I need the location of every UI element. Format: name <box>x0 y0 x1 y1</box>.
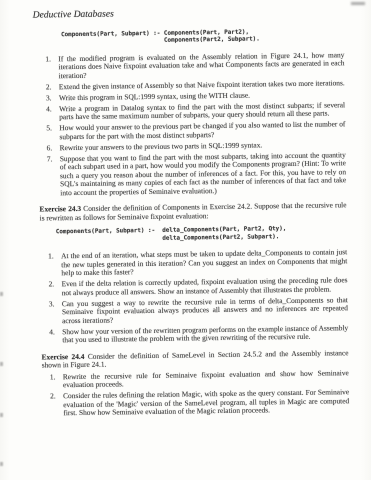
exercise-item: Rewrite the recursive rule for Seminaive… <box>50 369 349 390</box>
exercise-item: Show how your version of the rewritten p… <box>49 324 348 345</box>
exercise-24-4-question-list: Rewrite the recursive rule for Seminaive… <box>50 369 350 418</box>
page-content: Deductive Databases Components(Part, Sub… <box>0 3 371 427</box>
datalog-rule-delta-components: Components(Part, Subpart) :- delta_Compo… <box>56 225 347 244</box>
scanned-page: Deductive Databases Components(Part, Sub… <box>0 0 371 480</box>
exercise-item: If the modified program is evaluated on … <box>45 51 344 81</box>
exercise-24-3-question-list: At the end of an iteration, what steps m… <box>48 249 348 346</box>
datalog-rule-components: Components(Part, Subpart) :- Components(… <box>61 28 344 47</box>
exercise-item: Consider the rules defining the relation… <box>50 389 349 419</box>
exercise-24-3-intro: Consider the definition of Components in… <box>40 200 347 222</box>
exercise-24-2-question-list: If the modified program is evaluated on … <box>45 51 346 198</box>
exercise-item: Can you suggest a way to rewrite the rec… <box>49 296 348 326</box>
exercise-24-4-intro: Consider the definition of SameLevel in … <box>42 348 349 370</box>
exercise-item: Even if the delta relation is correctly … <box>48 277 347 298</box>
exercise-24-3-heading: Exercise 24.3 Consider the definition of… <box>39 201 346 222</box>
exercise-item: At the end of an iteration, what steps m… <box>48 249 347 279</box>
scan-artifact <box>0 462 3 466</box>
exercise-item: Write a program in Datalog syntax to fin… <box>46 101 345 122</box>
exercise-24-4-heading: Exercise 24.4 Consider the definition of… <box>42 349 349 370</box>
exercise-item: How would your answer to the previous pa… <box>46 120 345 141</box>
page-header-title: Deductive Databases <box>33 7 344 20</box>
exercise-item: Suppose that you want to find the part w… <box>47 151 347 198</box>
